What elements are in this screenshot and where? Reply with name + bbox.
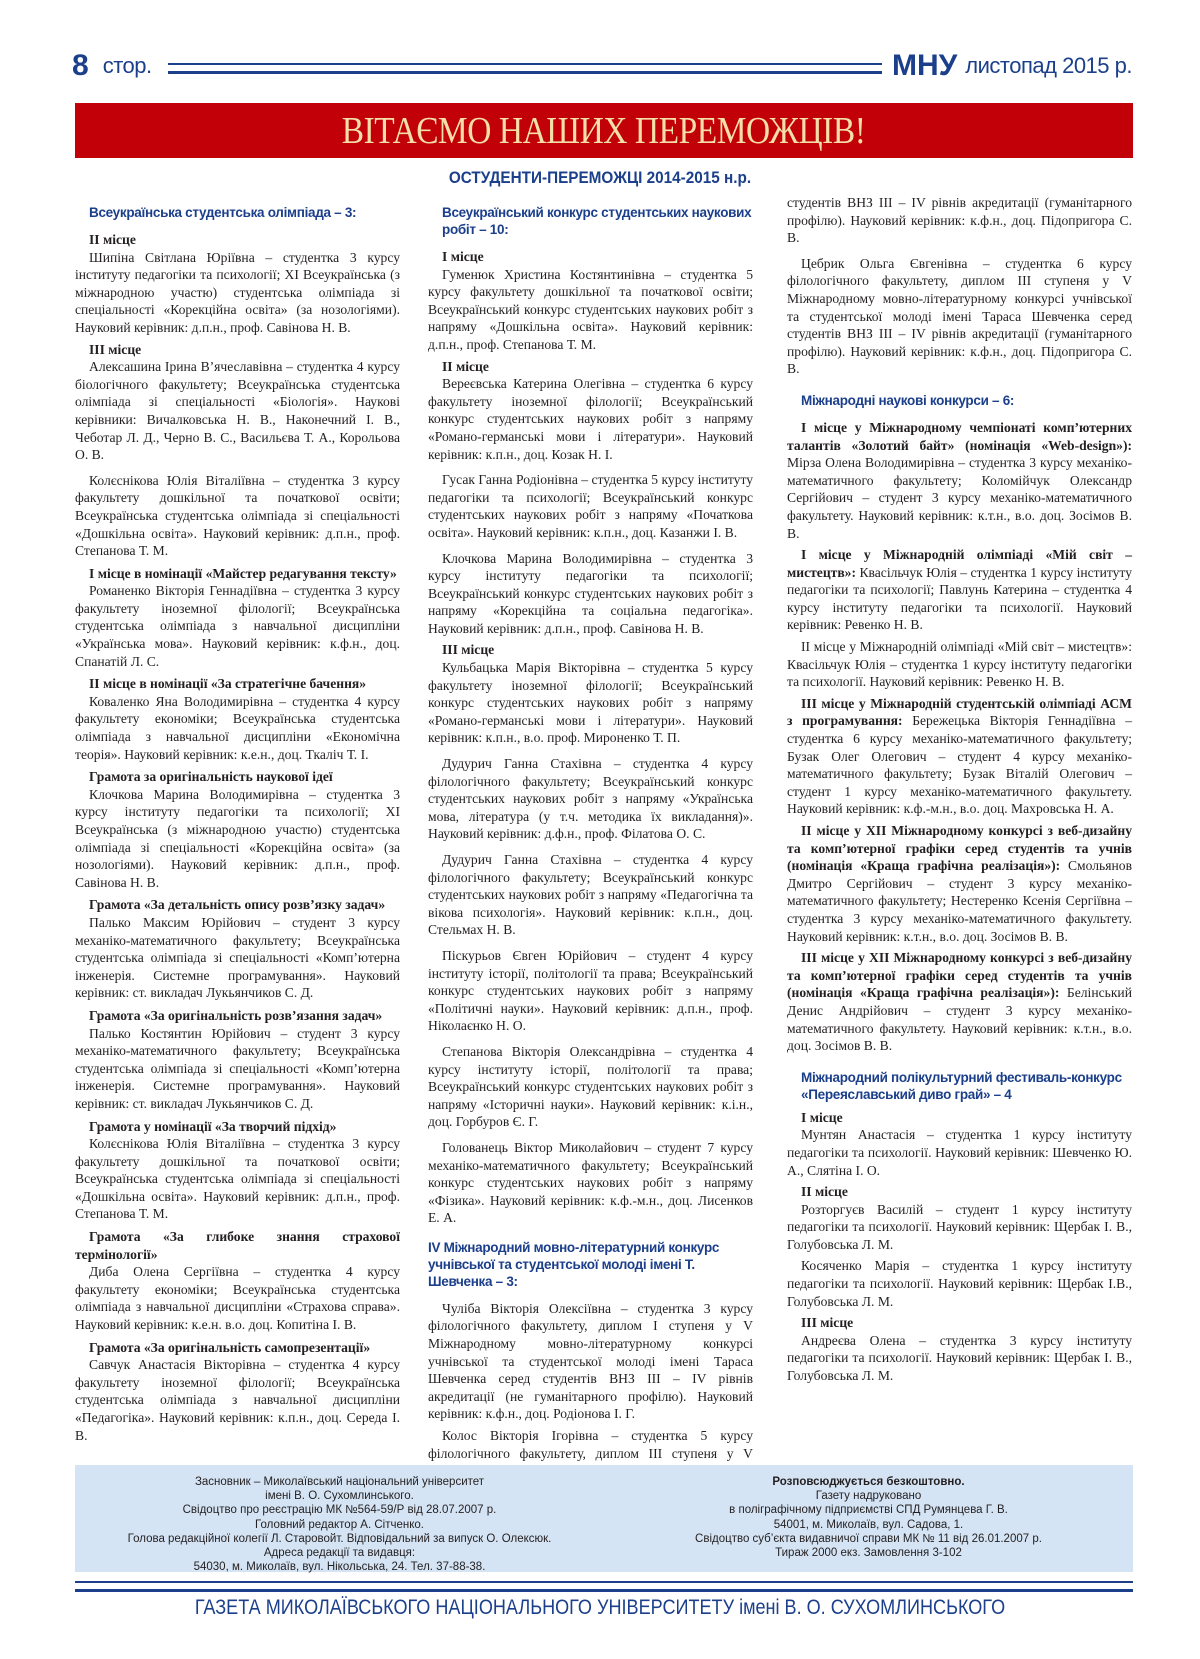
intl-entry: ІІІ місце у Міжнародній студентській олі… [787, 695, 1132, 818]
place-heading: І місце [442, 248, 753, 266]
winner-entry: Савчук Анастасія Вікторівна – студентка … [75, 1356, 400, 1444]
page-number: 8 [72, 49, 89, 83]
winner-entry-continued: студентів ВНЗ ІІІ – ІV рівнів акредитаці… [787, 194, 1132, 247]
intl-entry: ІІІ місце у ХІІ Міжнародному конкурсі з … [787, 949, 1132, 1055]
award-heading: Грамота «За глибоке знання страхової тер… [75, 1228, 400, 1263]
winner-entry: Диба Олена Сергіївна – студентка 4 курсу… [75, 1263, 400, 1333]
winner-entry: Дудурич Ганна Стахівна – студентка 4 кур… [428, 851, 753, 939]
winner-entry: Гуменюк Христина Костянтинівна – студент… [428, 266, 753, 354]
imprint-line: Голова редакційної колегії Л. Старовойт.… [75, 1532, 604, 1546]
imprint-line: Свідоцтво суб’єкта видавничої справи МК … [604, 1532, 1133, 1546]
intl-entry: І місце у Міжнародному чемпіонаті комп’ю… [787, 419, 1132, 542]
header-rule [168, 63, 882, 74]
page-header: 8 стор. МНУ листопад 2015 р. [72, 48, 1132, 84]
page-word: стор. [103, 53, 152, 79]
imprint-line: в поліграфічному підприємстві СПД Румянц… [604, 1503, 1133, 1517]
award-heading: Грамота за оригінальність наукової ідеї [75, 768, 400, 786]
award-heading: ІІ місце в номінації «За стратегічне бач… [75, 675, 400, 693]
imprint-line: Газету надруковано [604, 1489, 1133, 1503]
place-heading: ІІ місце [89, 231, 400, 249]
award-heading: І місце у Міжнародному чемпіонаті комп’ю… [787, 420, 1132, 453]
imprint-line: Тираж 2000 екз. Замовлення 3-102 [604, 1546, 1133, 1560]
winner-entry: Колєснікова Юлія Віталіївна – студентка … [75, 472, 400, 560]
issue-date: листопад 2015 р. [965, 53, 1132, 79]
intl-entry: І місце у Міжнародній олімпіаді «Мій сві… [787, 546, 1132, 634]
place-heading: ІІІ місце [442, 641, 753, 659]
winner-entry: Мунтян Анастасія – студентка 1 курсу інс… [787, 1126, 1132, 1179]
brand-logo: МНУ [892, 49, 957, 83]
entry-text: Бережецька Вікторія Геннадіївна – студен… [787, 713, 1132, 816]
section-title: Всеукраїнська студентська олімпіада – 3: [89, 204, 400, 221]
winner-entry: Косяченко Марія – студентка 1 курсу інст… [787, 1257, 1132, 1310]
winner-entry: Палько Костянтин Юрійович – студент 3 ку… [75, 1025, 400, 1113]
section-title: Міжнародні наукові конкурси – 6: [801, 392, 1132, 409]
intl-entry: ІІ місце у ХІІ Міжнародному конкурсі з в… [787, 822, 1132, 945]
winner-entry: Гусак Ганна Родіонівна – студентка 5 кур… [428, 471, 753, 541]
place-heading: ІІІ місце [801, 1314, 1132, 1332]
intl-entry: ІІ місце у Міжнародній олімпіаді «Мій св… [787, 638, 1132, 691]
imprint-left: Засновник – Миколаївський національний у… [75, 1465, 604, 1572]
article-subtitle: ОСТУДЕНТИ-ПЕРЕМОЖЦІ 2014-2015 н.р. [60, 168, 1140, 188]
entry-text: Мірза Олена Володимирівна – студентка 3 … [787, 455, 1132, 540]
imprint-distribution: Розповсюджується безкоштовно. [604, 1475, 1133, 1489]
imprint-line: імені В. О. Сухомлинського. [75, 1489, 604, 1503]
place-heading: ІІ місце [442, 358, 753, 376]
winner-entry: Дудурич Ганна Стахівна – студентка 4 кур… [428, 755, 753, 843]
entry-text: ІІ місце у Міжнародній олімпіаді «Мій св… [787, 639, 1132, 689]
headline-title: ВІТАЄМО НАШИХ ПЕРЕМОЖЦІВ! [342, 109, 866, 153]
imprint-box: Засновник – Миколаївський національний у… [75, 1465, 1133, 1572]
place-heading: ІІІ місце [89, 341, 400, 359]
award-heading: Грамота «За детальність опису розв’язку … [75, 896, 400, 914]
winner-entry: Піскурьов Євген Юрійович – студент 4 кур… [428, 947, 753, 1035]
imprint-line: Свідоцтво про реєстрацію МК №564-59/Р ві… [75, 1503, 604, 1517]
winner-entry: Степанова Вікторія Олександрівна – студе… [428, 1043, 753, 1131]
section-title: IV Міжнародний мовно-літературний конкур… [428, 1239, 753, 1290]
winner-entry: Голованець Віктор Миколайович – студент … [428, 1139, 753, 1227]
award-heading: І місце в номінації «Майстер редагування… [75, 565, 400, 583]
imprint-line: 54001, м. Миколаїв, вул. Садова, 1. [604, 1518, 1133, 1532]
column-3: студентів ВНЗ ІІІ – ІV рівнів акредитаці… [787, 194, 1132, 1389]
column-2: Всеукраїнський конкурс студентських наук… [428, 198, 753, 1519]
place-heading: І місце [801, 1109, 1132, 1127]
award-heading: Грамота у номінації «За творчий підхід» [75, 1118, 400, 1136]
winner-entry: Цебрик Ольга Євгенівна – студентка 6 кур… [787, 255, 1132, 378]
winner-entry: Шипіна Світлана Юріївна – студентка 3 ку… [75, 249, 400, 337]
winner-entry: Коваленко Яна Володимирівна – студентка … [75, 693, 400, 763]
award-heading: Грамота «За оригінальність самопрезентац… [75, 1339, 400, 1357]
winner-entry: Клочкова Марина Володимирівна – студентк… [75, 786, 400, 892]
imprint-line: Засновник – Миколаївський національний у… [75, 1475, 604, 1489]
winner-entry: Андреєва Олена – студентка 3 курсу інсти… [787, 1332, 1132, 1385]
headline-banner: ВІТАЄМО НАШИХ ПЕРЕМОЖЦІВ! [75, 103, 1133, 158]
winner-entry: Клочкова Марина Володимирівна – студентк… [428, 550, 753, 638]
winner-entry: Вереєвська Катерина Олегівна – студентка… [428, 375, 753, 463]
winner-entry: Розторгуєв Василій – студент 1 курсу інс… [787, 1201, 1132, 1254]
winner-entry: Романенко Вікторія Геннадіївна – студент… [75, 582, 400, 670]
imprint-line: 54030, м. Миколаїв, вул. Нікольська, 24.… [75, 1560, 604, 1574]
imprint-line: Головний редактор А. Сітченко. [75, 1518, 604, 1532]
footer-rule [75, 1581, 1133, 1592]
place-heading: ІІ місце [801, 1183, 1132, 1201]
award-heading: Грамота «За оригінальність розв’язання з… [75, 1007, 400, 1025]
imprint-right: Розповсюджується безкоштовно. Газету над… [604, 1465, 1133, 1572]
winner-entry: Алексашина Ірина В’ячеславівна – студент… [75, 358, 400, 464]
column-1: Всеукраїнська студентська олімпіада – 3:… [75, 198, 400, 1448]
newspaper-masthead: ГАЗЕТА МИКОЛАЇВСЬКОГО НАЦІОНАЛЬНОГО УНІВ… [84, 1596, 1116, 1620]
imprint-line: Адреса редакції та видавця: [75, 1546, 604, 1560]
winner-entry: Кульбацька Марія Вікторівна – студентка … [428, 659, 753, 747]
winner-entry: Колєснікова Юлія Віталіївна – студентка … [75, 1135, 400, 1223]
winner-entry: Палько Максим Юрійович – студент 3 курсу… [75, 914, 400, 1002]
winner-entry: Чуліба Вікторія Олексіївна – студентка 3… [428, 1300, 753, 1423]
section-title: Міжнародний полікультурний фестиваль-кон… [801, 1069, 1132, 1103]
section-title: Всеукраїнський конкурс студентських наук… [442, 204, 753, 238]
